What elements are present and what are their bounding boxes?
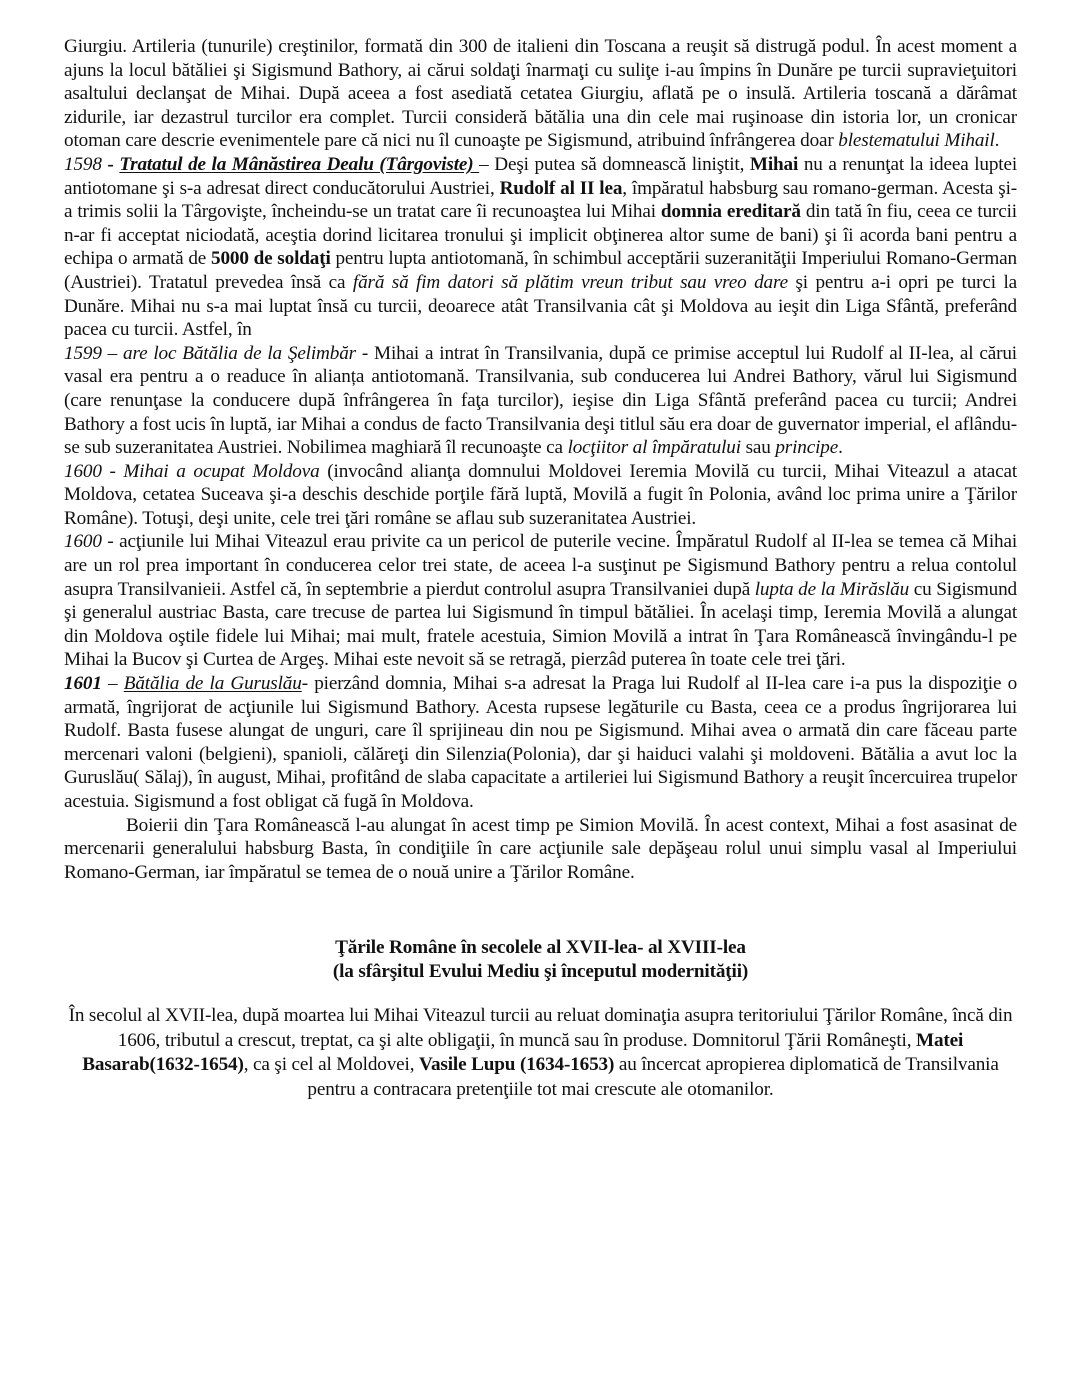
spacer — [64, 884, 1017, 936]
year-label: 1600 — [64, 531, 102, 552]
section-title-tratat: Tratatul de la Mânăstirea Dealu (Târgovi… — [119, 154, 479, 175]
paragraph-1598: 1598 - Tratatul de la Mânăstirea Dealu (… — [64, 153, 1017, 342]
section-title-guruslau: Bătălia de la Guruslău — [124, 673, 302, 694]
paragraph-1600-moldova: 1600 - Mihai a ocupat Moldova (invocând … — [64, 460, 1017, 531]
italic-phrase: blestematului Mihail — [838, 130, 994, 151]
section-heading-line2: (la sfârşitul Evului Mediu şi începutul … — [64, 960, 1017, 984]
document-page: Giurgiu. Artileria (tunurile) creştinilo… — [64, 35, 1017, 1102]
year-label: 1598 — [64, 154, 102, 175]
paragraph-secolul-xvii: În secolul al XVII-lea, după moartea lui… — [64, 1004, 1017, 1102]
event-heading: 1600 - Mihai a ocupat Moldova — [64, 461, 320, 482]
paragraph-boieri: Boierii din Ţara Românească l-au alungat… — [64, 814, 1017, 885]
year-label: 1601 — [64, 673, 102, 694]
event-heading: 1599 – are loc Bătălia de la Şelimbăr — [64, 343, 356, 364]
section-heading-line1: Ţările Române în secolele al XVII-lea- a… — [64, 936, 1017, 960]
paragraph-1601: 1601 – Bătălia de la Guruslău- pierzând … — [64, 672, 1017, 814]
paragraph-1599: 1599 – are loc Bătălia de la Şelimbăr - … — [64, 342, 1017, 460]
paragraph-giurgiu: Giurgiu. Artileria (tunurile) creştinilo… — [64, 35, 1017, 153]
paragraph-1600-actions: 1600 - acţiunile lui Mihai Viteazul erau… — [64, 530, 1017, 672]
